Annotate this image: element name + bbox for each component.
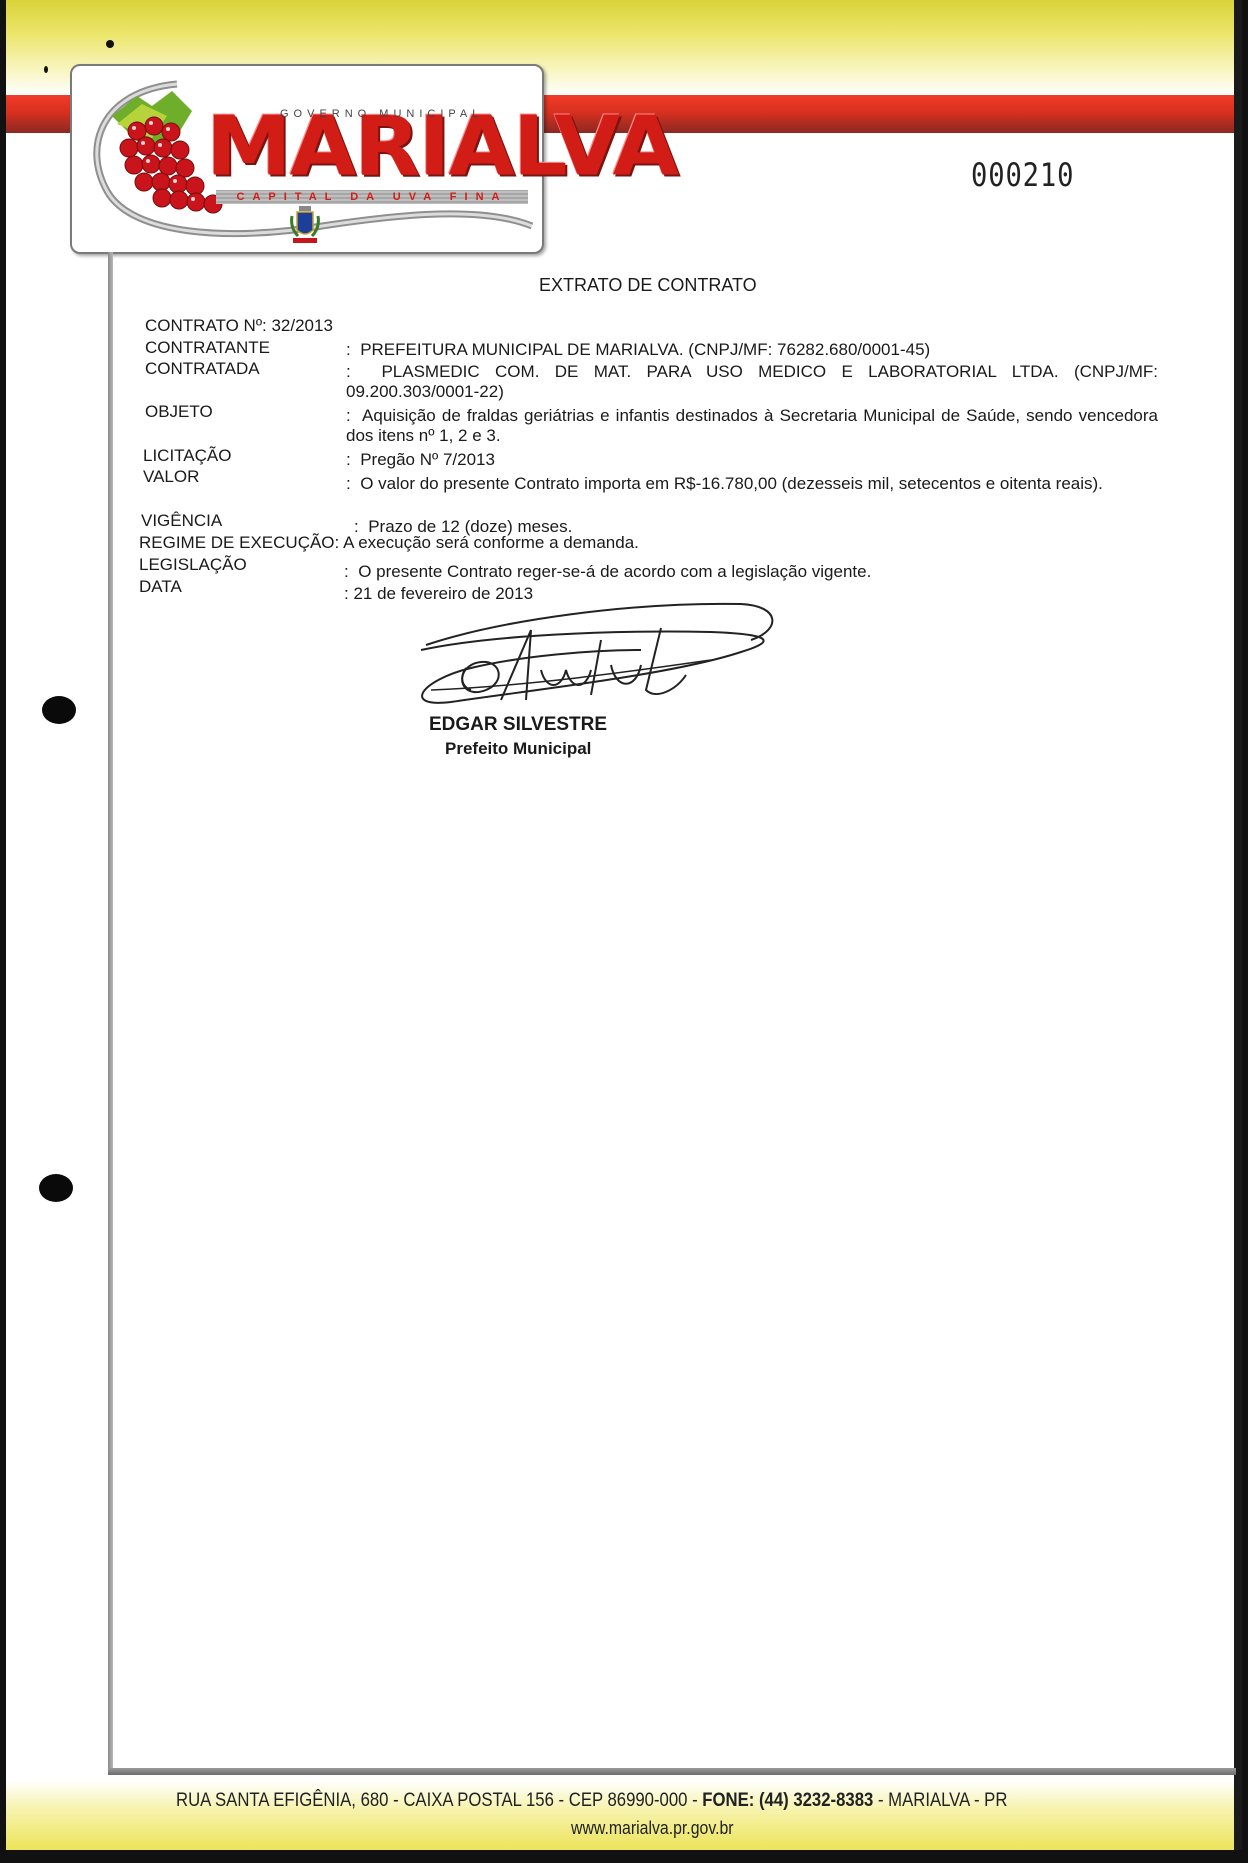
field-separator: : [346, 362, 351, 381]
field-separator: : [346, 474, 351, 493]
signer-name: EDGAR SILVESTRE [429, 714, 607, 736]
field-label-contratante: CONTRATANTE [145, 338, 270, 358]
field-label-legislacao: LEGISLAÇÃO [139, 555, 247, 575]
bottom-margin-rule [108, 1768, 1236, 1775]
field-label-regime-de-execucao: REGIME DE EXECUÇÃO: A execução será conf… [139, 533, 639, 553]
scan-speck [106, 40, 114, 48]
field-label-vigencia: VIGÊNCIA [141, 511, 222, 531]
footer-website-link[interactable]: www.marialva.pr.gov.br [571, 1818, 734, 1839]
field-value-regime-de-execucao: A execução será conforme a demanda. [343, 533, 639, 552]
field-value-contratada: : PLASMEDIC COM. DE MAT. PARA USO MEDICO… [346, 362, 1158, 402]
document-title: EXTRATO DE CONTRATO [539, 275, 757, 296]
footer-address: RUA SANTA EFIGÊNIA, 680 - CAIXA POSTAL 1… [176, 1790, 1056, 1812]
field-value-objeto: : Aquisição de fraldas geriátrias e infa… [346, 406, 1158, 446]
field-separator: : [344, 562, 349, 581]
handwritten-signature-icon [411, 590, 791, 720]
punch-hole [42, 696, 76, 724]
contract-number: CONTRATO Nº: 32/2013 [145, 316, 333, 336]
left-margin-rule [108, 252, 113, 1772]
logo-government-label: GOVERNO MUNICIPAL [280, 108, 483, 120]
field-label-contratada: CONTRATADA [145, 359, 260, 379]
field-separator: : [346, 340, 351, 359]
field-separator: : [346, 450, 351, 469]
field-value-legislacao: : O presente Contrato reger-se-á de acor… [344, 562, 1164, 582]
field-label-licitacao: LICITAÇÃO [143, 446, 231, 466]
footer-phone: FONE: (44) 3232-8383 [702, 1790, 873, 1811]
field-separator: : [335, 533, 340, 552]
punch-hole [39, 1174, 73, 1202]
field-separator: : [346, 406, 351, 425]
logo-tagline: CAPITAL DA UVA FINA [216, 190, 528, 204]
field-value-licitacao: : Pregão Nº 7/2013 [346, 450, 1158, 470]
coat-of-arms-icon [290, 206, 320, 244]
document-page: MARIALVA GOVERNO MUNICIPAL CAPITAL DA UV… [6, 0, 1242, 1850]
signer-role: Prefeito Municipal [445, 739, 591, 759]
page-stamp-number: 000210 [971, 156, 1074, 194]
scan-speck [44, 66, 48, 73]
field-label-data: DATA [139, 577, 182, 597]
field-label-objeto: OBJETO [145, 402, 213, 422]
field-separator: : [344, 584, 349, 603]
municipal-logo: MARIALVA GOVERNO MUNICIPAL CAPITAL DA UV… [70, 64, 544, 254]
field-label-valor: VALOR [143, 467, 199, 487]
field-value-valor: : O valor do presente Contrato importa e… [346, 474, 1158, 494]
field-value-contratante: : PREFEITURA MUNICIPAL DE MARIALVA. (CNP… [346, 340, 1206, 360]
